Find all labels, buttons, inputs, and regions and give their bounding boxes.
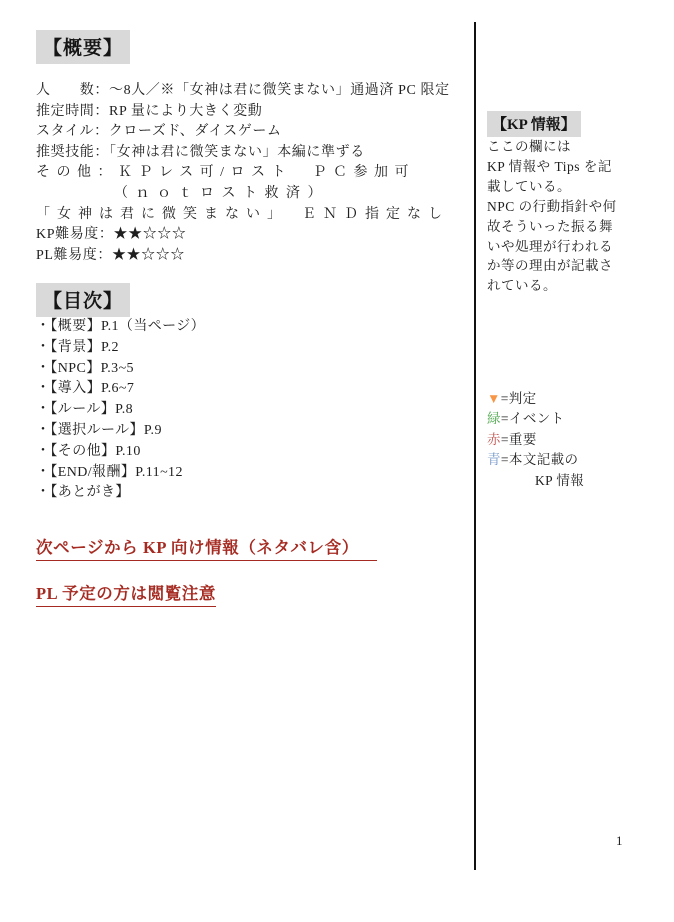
kp-info-line: NPC の行動指針や何 <box>487 197 667 217</box>
overview-line-kp-difficulty: KP難易度：★★☆☆☆ <box>36 225 450 246</box>
overview-heading: 【概要】 <box>36 30 130 64</box>
legend-label: =重要 <box>501 432 537 447</box>
toc-item-end-reward: ・【END/報酬】P.11~12 <box>36 463 336 484</box>
legend-continuation: KP 情報 <box>487 471 667 491</box>
toc-item-background: ・【背景】P.2 <box>36 338 336 359</box>
legend-label: =イベント <box>501 411 565 426</box>
toc-heading: 【目次】 <box>36 283 130 317</box>
red-marker: 赤 <box>487 432 501 447</box>
legend-item-important: 赤=重要 <box>487 430 667 450</box>
kp-info-line: 故そういった振る舞 <box>487 217 667 237</box>
overview-line: 人 数：～8人／※「女神は君に微笑まない」通過済 PC 限定 <box>36 81 450 102</box>
kp-info-line: 載している。 <box>487 177 667 197</box>
spoiler-warning-line2: PL 予定の方は閲覧注意 <box>36 580 216 607</box>
spoiler-warning-text1: 次ページから KP 向け情報（ネタバレ含） <box>36 534 377 561</box>
blue-marker: 青 <box>487 452 501 467</box>
kp-info-line: いや処理が行われる <box>487 237 667 257</box>
green-marker: 緑 <box>487 411 501 426</box>
kp-info-line: ここの欄には <box>487 137 667 157</box>
overview-line: スタイル：クローズド、ダイスゲーム <box>36 122 450 143</box>
spoiler-warning-text2: PL 予定の方は閲覧注意 <box>36 580 216 607</box>
toc-item-afterword: ・【あとがき】 <box>36 483 336 504</box>
overview-line-pl-difficulty: PL難易度：★★☆☆☆ <box>36 246 450 267</box>
legend-label: =本文記載の <box>501 452 579 467</box>
kp-info-line: KP 情報や Tips を記 <box>487 157 667 177</box>
overview-line: 推定時間：RP 量により大きく変動 <box>36 102 450 123</box>
toc-item-rules: ・【ルール】P.8 <box>36 400 336 421</box>
legend-item-judgement: ▼=判定 <box>487 389 667 409</box>
toc-item-other: ・【その他】P.10 <box>36 442 336 463</box>
toc-item-intro: ・【導入】P.6~7 <box>36 379 336 400</box>
overview-line: その他：ＫＰレス可/ロスト ＰＣ参加可 <box>36 163 450 184</box>
legend-label: =判定 <box>501 391 537 406</box>
overview-line: （ｎｏｔロスト救済） <box>36 184 450 205</box>
kp-info-line: か等の理由が記載さ <box>487 256 667 276</box>
color-legend: ▼=判定 緑=イベント 赤=重要 青=本文記載の KP 情報 <box>487 389 667 491</box>
document-page: 【概要】 人 数：～8人／※「女神は君に微笑まない」通過済 PC 限定 推定時間… <box>0 0 674 922</box>
overview-line: 推奨技能：「女神は君に微笑まない」本編に準ずる <box>36 143 450 164</box>
toc-item-npc: ・【NPC】P.3~5 <box>36 359 336 380</box>
toc-item-overview: ・【概要】P.1（当ページ） <box>36 317 336 338</box>
overview-line: 「女神は君に微笑まない」 ＥＮＤ指定なし <box>36 205 450 226</box>
toc-item-opt-rules: ・【選択ルール】P.9 <box>36 421 336 442</box>
legend-item-event: 緑=イベント <box>487 409 667 429</box>
spoiler-warning-line1: 次ページから KP 向け情報（ネタバレ含） <box>36 534 377 561</box>
kp-info-heading: 【KP 情報】 <box>487 111 581 137</box>
overview-body: 人 数：～8人／※「女神は君に微笑まない」通過済 PC 限定 推定時間：RP 量… <box>36 81 450 266</box>
column-divider-line <box>474 22 476 870</box>
toc-list: ・【概要】P.1（当ページ） ・【背景】P.2 ・【NPC】P.3~5 ・【導入… <box>36 317 336 504</box>
kp-info-paragraph: ここの欄には KP 情報や Tips を記 載している。 NPC の行動指針や何… <box>487 137 667 296</box>
kp-info-line: れている。 <box>487 276 667 296</box>
page-number: 1 <box>616 833 623 849</box>
legend-item-kp-info: 青=本文記載の <box>487 450 667 470</box>
orange-triangle-icon: ▼ <box>487 391 501 406</box>
